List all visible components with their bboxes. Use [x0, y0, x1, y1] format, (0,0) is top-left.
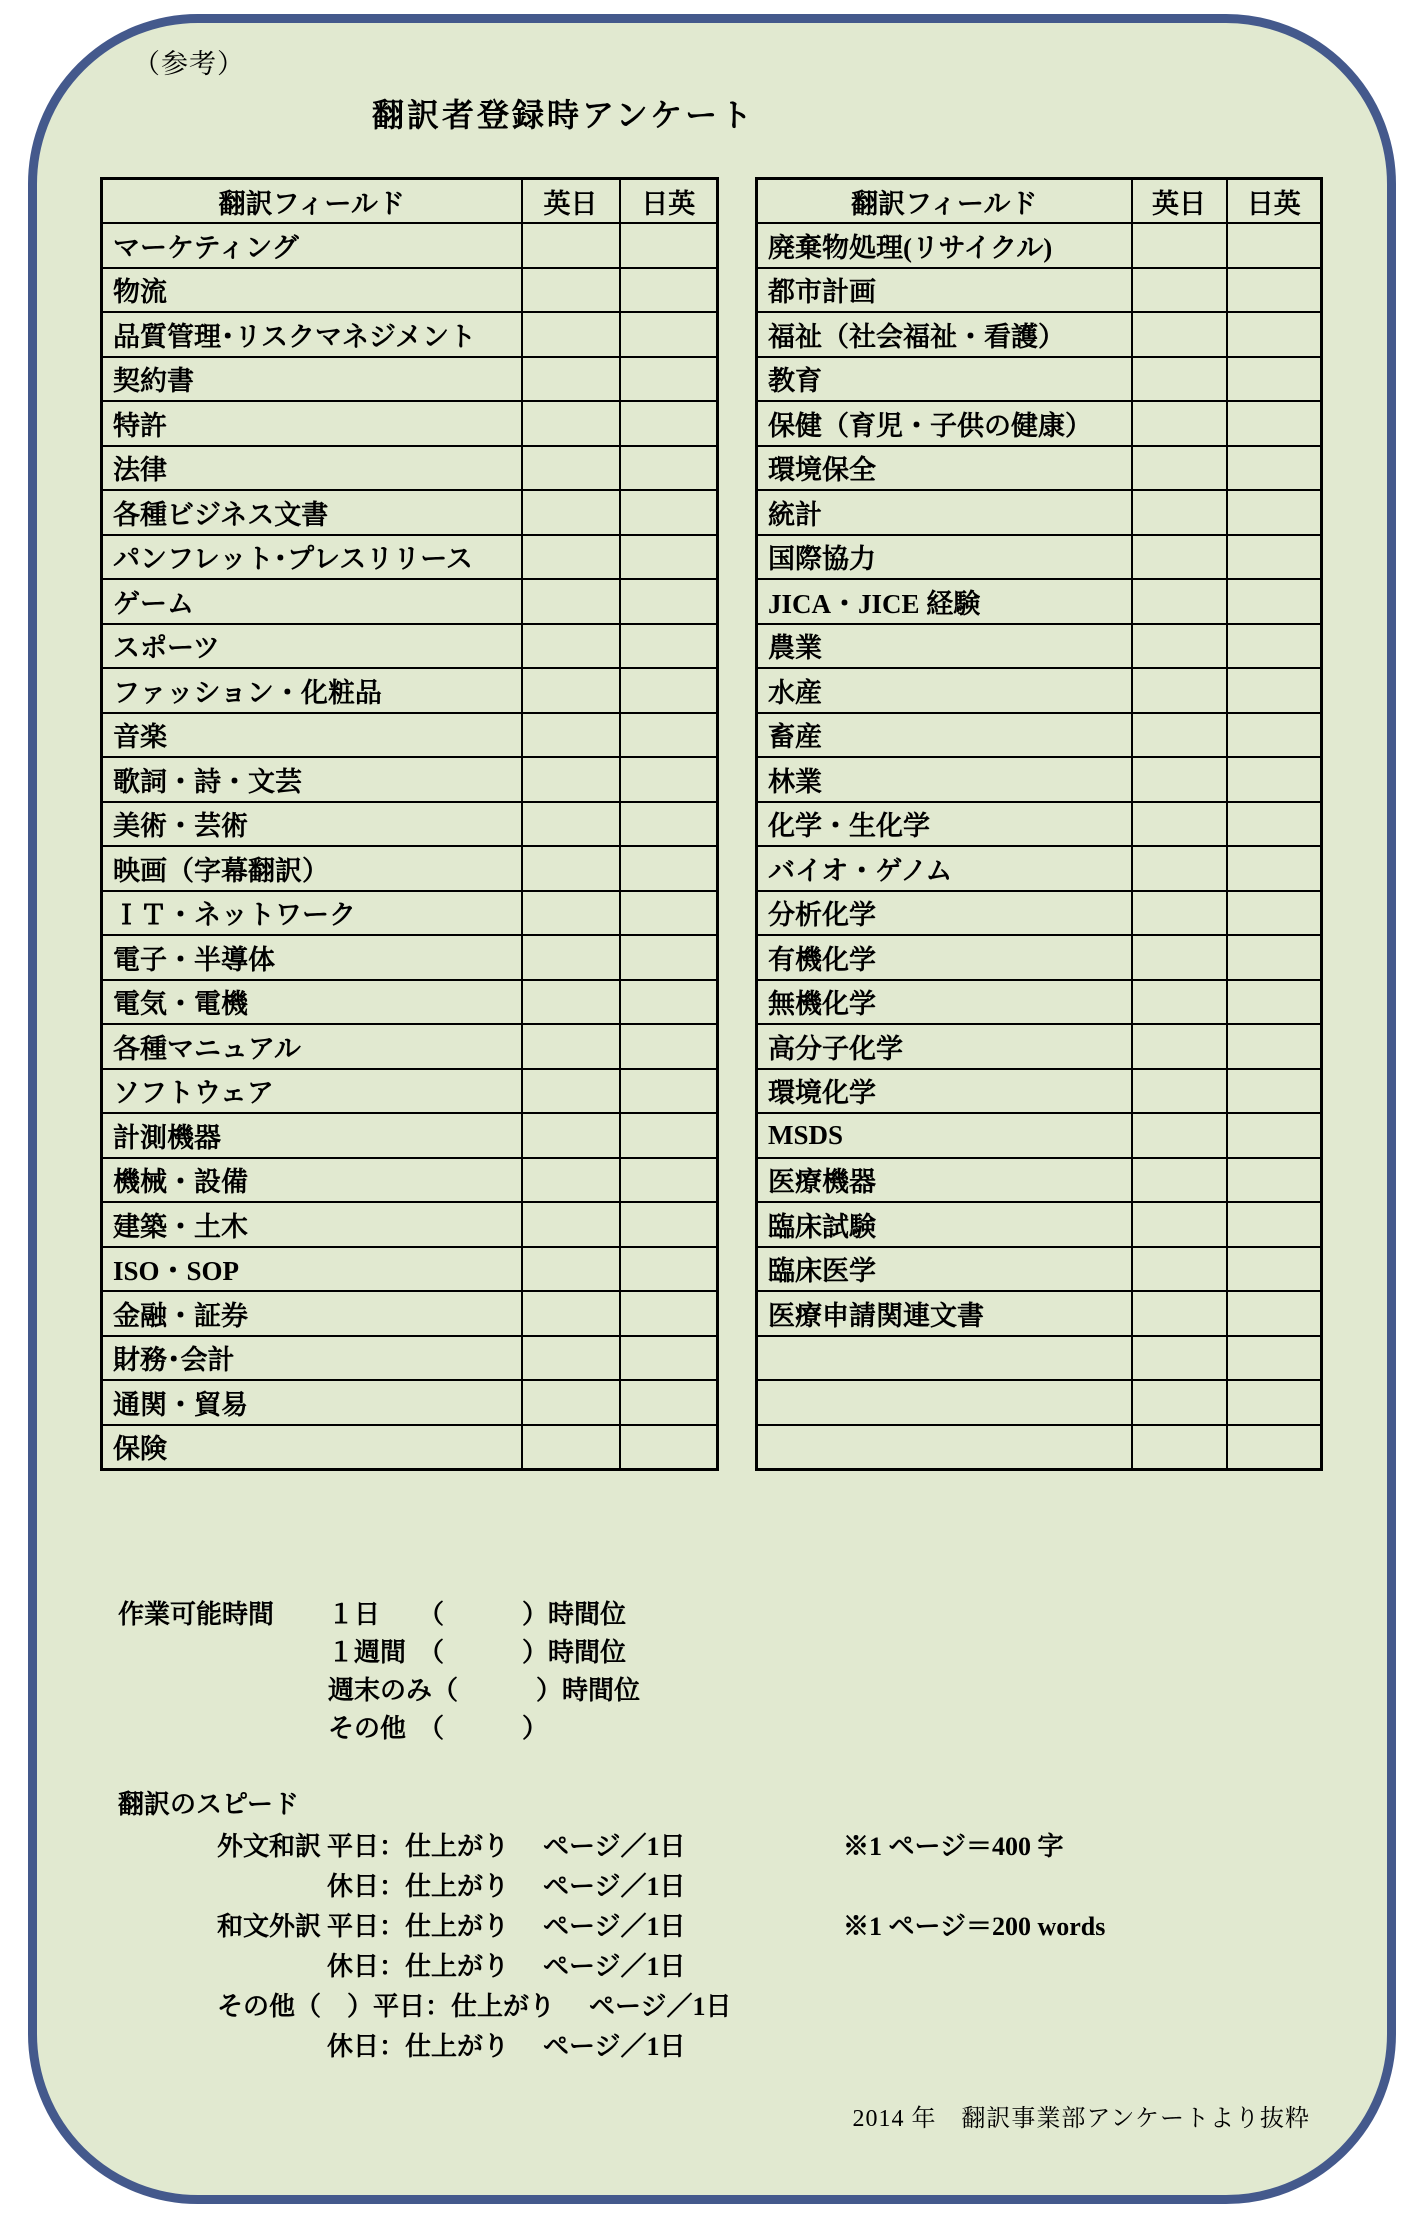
- translation-fields-table-right: 翻訳フィールド 英日 日英 廃棄物処理(リサイクル) 都市計画: [755, 177, 1323, 1471]
- table-row: ＩＴ・ネットワーク: [102, 891, 718, 936]
- ja-en-cell: [620, 713, 718, 758]
- availability-blank: （ ）時間位: [418, 1594, 626, 1632]
- reference-note: （参考）: [133, 42, 245, 81]
- en-ja-cell: [1132, 1069, 1227, 1114]
- en-ja-cell: [1132, 1336, 1227, 1381]
- table-row: 統計: [757, 490, 1322, 535]
- en-ja-cell: [1132, 668, 1227, 713]
- ja-en-cell: [620, 624, 718, 669]
- ja-en-cell: [1227, 312, 1322, 357]
- ja-en-cell: [620, 268, 718, 313]
- ja-en-cell: [620, 579, 718, 624]
- en-ja-cell: [522, 757, 620, 802]
- availability-period: １日: [328, 1594, 418, 1632]
- en-ja-cell: [522, 357, 620, 402]
- table-row: 金融・証券: [102, 1291, 718, 1336]
- table-row: 財務･会計: [102, 1336, 718, 1381]
- ja-en-cell: [1227, 1291, 1322, 1336]
- ja-en-cell: [620, 980, 718, 1025]
- availability-rows: １日 （ ）時間位 １週間 （ ）時間位 週末のみ （ ）時間位 その他 （ ）: [328, 1594, 640, 1746]
- page-title: 翻訳者登録時アンケート: [372, 90, 755, 136]
- ja-en-cell: [1227, 1158, 1322, 1203]
- en-ja-cell: [522, 980, 620, 1025]
- en-ja-cell: [522, 579, 620, 624]
- field-name-cell: 統計: [757, 490, 1132, 535]
- field-name-cell: 国際協力: [757, 535, 1132, 580]
- ja-en-cell: [620, 802, 718, 847]
- availability-heading: 作業可能時間: [118, 1594, 274, 1631]
- en-ja-cell: [522, 1113, 620, 1158]
- availability-period: その他: [328, 1708, 418, 1746]
- table-row: [757, 1336, 1322, 1381]
- en-ja-cell: [1132, 357, 1227, 402]
- en-ja-cell: [522, 490, 620, 535]
- speed-day-label: 平日：仕上がり: [327, 1906, 543, 1946]
- ja-en-cell: [1227, 1202, 1322, 1247]
- table-row: 歌詞・詩・文芸: [102, 757, 718, 802]
- table-header-row: 翻訳フィールド 英日 日英: [102, 179, 718, 224]
- ja-en-cell: [620, 935, 718, 980]
- table-row: 機械・設備: [102, 1158, 718, 1203]
- table-row: バイオ・ゲノム: [757, 846, 1322, 891]
- en-ja-cell: [522, 935, 620, 980]
- table-row: 国際協力: [757, 535, 1322, 580]
- table-row: 品質管理･リスクマネジメント: [102, 312, 718, 357]
- ja-en-cell: [620, 223, 718, 268]
- en-ja-cell: [522, 1291, 620, 1336]
- table-row: 各種マニュアル: [102, 1024, 718, 1069]
- availability-blank: （ ）時間位: [418, 1632, 626, 1670]
- speed-pages-label: ページ／1日: [543, 1866, 788, 1906]
- en-ja-cell: [1132, 713, 1227, 758]
- ja-en-cell: [1227, 668, 1322, 713]
- en-ja-cell: [1132, 268, 1227, 313]
- ja-en-cell: [620, 1247, 718, 1292]
- field-name-cell: 映画（字幕翻訳）: [102, 846, 522, 891]
- table-row: 教育: [757, 357, 1322, 402]
- en-ja-cell: [1132, 624, 1227, 669]
- speed-direction-label: [217, 1866, 327, 1906]
- column-header-field: 翻訳フィールド: [102, 179, 522, 224]
- table-row: 臨床医学: [757, 1247, 1322, 1292]
- availability-blank: （ ）: [418, 1708, 548, 1746]
- table-row: ソフトウェア: [102, 1069, 718, 1114]
- table-row: 農業: [757, 624, 1322, 669]
- speed-row: 休日：仕上がり ページ／1日: [217, 1946, 1105, 1986]
- ja-en-cell: [1227, 1024, 1322, 1069]
- en-ja-cell: [1132, 846, 1227, 891]
- speed-day-label: 休日：仕上がり: [327, 1946, 543, 1986]
- availability-period: 週末のみ: [328, 1670, 432, 1708]
- field-name-cell: 有機化学: [757, 935, 1132, 980]
- field-name-cell: 水産: [757, 668, 1132, 713]
- en-ja-cell: [522, 446, 620, 491]
- table-row: 臨床試験: [757, 1202, 1322, 1247]
- field-name-cell: 物流: [102, 268, 522, 313]
- field-name-cell: 畜産: [757, 713, 1132, 758]
- field-name-cell: 都市計画: [757, 268, 1132, 313]
- table-row: 音楽: [102, 713, 718, 758]
- en-ja-cell: [522, 802, 620, 847]
- table-row: 高分子化学: [757, 1024, 1322, 1069]
- field-name-cell: 無機化学: [757, 980, 1132, 1025]
- table-row: 計測機器: [102, 1113, 718, 1158]
- field-name-cell: ＩＴ・ネットワーク: [102, 891, 522, 936]
- field-name-cell: 臨床医学: [757, 1247, 1132, 1292]
- en-ja-cell: [522, 891, 620, 936]
- ja-en-cell: [1227, 357, 1322, 402]
- speed-row: 外文和訳 平日：仕上がり ページ／1日 ※1 ページ＝400 字: [217, 1826, 1105, 1866]
- field-name-cell: マーケティング: [102, 223, 522, 268]
- ja-en-cell: [620, 1069, 718, 1114]
- field-name-cell: 電子・半導体: [102, 935, 522, 980]
- ja-en-cell: [1227, 1425, 1322, 1470]
- ja-en-cell: [1227, 401, 1322, 446]
- speed-direction-label: [217, 1946, 327, 1986]
- table-row: マーケティング: [102, 223, 718, 268]
- field-name-cell: 保険: [102, 1425, 522, 1470]
- field-name-cell: 分析化学: [757, 891, 1132, 936]
- table-row: ゲーム: [102, 579, 718, 624]
- table-row: JICA・JICE 経験: [757, 579, 1322, 624]
- table-row: 無機化学: [757, 980, 1322, 1025]
- en-ja-cell: [522, 535, 620, 580]
- ja-en-cell: [1227, 1247, 1322, 1292]
- field-name-cell: 品質管理･リスクマネジメント: [102, 312, 522, 357]
- speed-day-label: 休日：仕上がり: [327, 2026, 543, 2066]
- speed-direction-label: 和文外訳: [217, 1906, 327, 1946]
- table-row: 通関・貿易: [102, 1380, 718, 1425]
- table-row: 電子・半導体: [102, 935, 718, 980]
- ja-en-cell: [1227, 535, 1322, 580]
- table-row: 法律: [102, 446, 718, 491]
- table-row: 保険: [102, 1425, 718, 1470]
- field-name-cell: 通関・貿易: [102, 1380, 522, 1425]
- en-ja-cell: [522, 1380, 620, 1425]
- availability-row: 週末のみ （ ）時間位: [328, 1670, 640, 1708]
- ja-en-cell: [620, 1336, 718, 1381]
- table-row: 有機化学: [757, 935, 1322, 980]
- speed-pages-label: ページ／1日: [543, 1906, 788, 1946]
- field-name-cell: 高分子化学: [757, 1024, 1132, 1069]
- ja-en-cell: [1227, 891, 1322, 936]
- field-name-cell: 臨床試験: [757, 1202, 1132, 1247]
- en-ja-cell: [522, 401, 620, 446]
- table-row: 映画（字幕翻訳）: [102, 846, 718, 891]
- field-name-cell: [757, 1425, 1132, 1470]
- field-name-cell: パンフレット･プレスリリース: [102, 535, 522, 580]
- field-name-cell: 福祉（社会福祉・看護）: [757, 312, 1132, 357]
- field-name-cell: 農業: [757, 624, 1132, 669]
- ja-en-cell: [620, 1202, 718, 1247]
- source-note: 2014 年 翻訳事業部アンケートより抜粋: [852, 2098, 1310, 2133]
- field-name-cell: ゲーム: [102, 579, 522, 624]
- en-ja-cell: [1132, 401, 1227, 446]
- ja-en-cell: [1227, 624, 1322, 669]
- speed-row: 休日：仕上がり ページ／1日: [217, 1866, 1105, 1906]
- en-ja-cell: [1132, 1425, 1227, 1470]
- ja-en-cell: [620, 1113, 718, 1158]
- field-name-cell: JICA・JICE 経験: [757, 579, 1132, 624]
- ja-en-cell: [1227, 446, 1322, 491]
- availability-row: １日 （ ）時間位: [328, 1594, 640, 1632]
- translation-fields-table-left: 翻訳フィールド 英日 日英 マーケティング 物流: [100, 177, 719, 1471]
- ja-en-cell: [620, 757, 718, 802]
- table-row: 契約書: [102, 357, 718, 402]
- ja-en-cell: [1227, 268, 1322, 313]
- speed-pages-label: ページ／1日: [589, 1986, 834, 2026]
- column-header-en-ja: 英日: [1132, 179, 1227, 224]
- table-row: ファッション・化粧品: [102, 668, 718, 713]
- field-name-cell: [757, 1380, 1132, 1425]
- table-row: 水産: [757, 668, 1322, 713]
- table-row: 都市計画: [757, 268, 1322, 313]
- speed-direction-label: [217, 2026, 327, 2066]
- availability-blank: （ ）時間位: [432, 1670, 640, 1708]
- en-ja-cell: [1132, 802, 1227, 847]
- speed-note: ※1 ページ＝200 words: [843, 1906, 1105, 1946]
- table-row: 医療機器: [757, 1158, 1322, 1203]
- speed-direction-label: その他（ ）: [217, 1986, 373, 2026]
- ja-en-cell: [620, 846, 718, 891]
- en-ja-cell: [522, 668, 620, 713]
- ja-en-cell: [1227, 846, 1322, 891]
- table-row: 環境保全: [757, 446, 1322, 491]
- en-ja-cell: [522, 624, 620, 669]
- field-name-cell: 音楽: [102, 713, 522, 758]
- en-ja-cell: [522, 268, 620, 313]
- table-row: MSDS: [757, 1113, 1322, 1158]
- ja-en-cell: [620, 1291, 718, 1336]
- speed-rows: 外文和訳 平日：仕上がり ページ／1日 ※1 ページ＝400 字 休日：仕上がり…: [217, 1826, 1105, 2066]
- ja-en-cell: [620, 1380, 718, 1425]
- table-row: 保健（育児・子供の健康）: [757, 401, 1322, 446]
- field-name-cell: 計測機器: [102, 1113, 522, 1158]
- ja-en-cell: [620, 891, 718, 936]
- field-name-cell: 廃棄物処理(リサイクル): [757, 223, 1132, 268]
- ja-en-cell: [1227, 223, 1322, 268]
- en-ja-cell: [1132, 980, 1227, 1025]
- ja-en-cell: [620, 1425, 718, 1470]
- en-ja-cell: [1132, 490, 1227, 535]
- ja-en-cell: [1227, 579, 1322, 624]
- field-name-cell: 教育: [757, 357, 1132, 402]
- speed-day-label: 平日：仕上がり: [327, 1826, 543, 1866]
- speed-row: 和文外訳 平日：仕上がり ページ／1日 ※1 ページ＝200 words: [217, 1906, 1105, 1946]
- en-ja-cell: [1132, 891, 1227, 936]
- en-ja-cell: [522, 1202, 620, 1247]
- speed-pages-label: ページ／1日: [543, 1826, 788, 1866]
- table-row: ISO・SOP: [102, 1247, 718, 1292]
- table-row: [757, 1380, 1322, 1425]
- field-name-cell: [757, 1336, 1132, 1381]
- field-name-cell: ISO・SOP: [102, 1247, 522, 1292]
- speed-direction-label: 外文和訳: [217, 1826, 327, 1866]
- table-row: 畜産: [757, 713, 1322, 758]
- field-name-cell: 各種ビジネス文書: [102, 490, 522, 535]
- field-name-cell: スポーツ: [102, 624, 522, 669]
- en-ja-cell: [1132, 579, 1227, 624]
- table-row: 電気・電機: [102, 980, 718, 1025]
- table-row: スポーツ: [102, 624, 718, 669]
- en-ja-cell: [1132, 223, 1227, 268]
- ja-en-cell: [1227, 757, 1322, 802]
- ja-en-cell: [620, 1158, 718, 1203]
- column-header-en-ja: 英日: [522, 179, 620, 224]
- field-name-cell: バイオ・ゲノム: [757, 846, 1132, 891]
- table-row: 医療申請関連文書: [757, 1291, 1322, 1336]
- field-name-cell: 環境化学: [757, 1069, 1132, 1114]
- table-row: 分析化学: [757, 891, 1322, 936]
- table-row: 廃棄物処理(リサイクル): [757, 223, 1322, 268]
- en-ja-cell: [522, 1024, 620, 1069]
- en-ja-cell: [522, 1247, 620, 1292]
- column-header-ja-en: 日英: [1227, 179, 1322, 224]
- ja-en-cell: [620, 490, 718, 535]
- en-ja-cell: [1132, 1158, 1227, 1203]
- en-ja-cell: [522, 1425, 620, 1470]
- en-ja-cell: [1132, 1247, 1227, 1292]
- field-name-cell: MSDS: [757, 1113, 1132, 1158]
- ja-en-cell: [620, 668, 718, 713]
- field-name-cell: 美術・芸術: [102, 802, 522, 847]
- field-name-cell: 財務･会計: [102, 1336, 522, 1381]
- en-ja-cell: [1132, 1291, 1227, 1336]
- ja-en-cell: [1227, 1336, 1322, 1381]
- ja-en-cell: [1227, 980, 1322, 1025]
- speed-note: ※1 ページ＝400 字: [843, 1826, 1063, 1866]
- en-ja-cell: [1132, 1113, 1227, 1158]
- field-name-cell: 保健（育児・子供の健康）: [757, 401, 1132, 446]
- en-ja-cell: [522, 846, 620, 891]
- field-name-cell: 歌詞・詩・文芸: [102, 757, 522, 802]
- en-ja-cell: [522, 312, 620, 357]
- speed-row: 休日：仕上がり ページ／1日: [217, 2026, 1105, 2066]
- en-ja-cell: [522, 1069, 620, 1114]
- ja-en-cell: [1227, 713, 1322, 758]
- table-row: 建築・土木: [102, 1202, 718, 1247]
- questionnaire-page: （参考） 翻訳者登録時アンケート 翻訳フィールド 英日 日英 マーケティング: [0, 0, 1424, 2213]
- field-name-cell: ソフトウェア: [102, 1069, 522, 1114]
- ja-en-cell: [620, 1024, 718, 1069]
- ja-en-cell: [1227, 1380, 1322, 1425]
- field-name-cell: 林業: [757, 757, 1132, 802]
- ja-en-cell: [620, 312, 718, 357]
- speed-day-label: 休日：仕上がり: [327, 1866, 543, 1906]
- availability-row: １週間 （ ）時間位: [328, 1632, 640, 1670]
- en-ja-cell: [1132, 935, 1227, 980]
- ja-en-cell: [620, 535, 718, 580]
- ja-en-cell: [620, 401, 718, 446]
- table-row: 化学・生化学: [757, 802, 1322, 847]
- en-ja-cell: [1132, 1380, 1227, 1425]
- column-header-ja-en: 日英: [620, 179, 718, 224]
- speed-pages-label: ページ／1日: [543, 2026, 788, 2066]
- en-ja-cell: [1132, 757, 1227, 802]
- table-row: 各種ビジネス文書: [102, 490, 718, 535]
- field-name-cell: 特許: [102, 401, 522, 446]
- speed-row: その他（ ） 平日：仕上がり ページ／1日: [217, 1986, 1105, 2026]
- availability-row: その他 （ ）: [328, 1708, 640, 1746]
- ja-en-cell: [1227, 1069, 1322, 1114]
- table-row: 環境化学: [757, 1069, 1322, 1114]
- field-name-cell: 法律: [102, 446, 522, 491]
- ja-en-cell: [1227, 1113, 1322, 1158]
- field-name-cell: 金融・証券: [102, 1291, 522, 1336]
- table-row: 美術・芸術: [102, 802, 718, 847]
- field-name-cell: 医療申請関連文書: [757, 1291, 1132, 1336]
- table-row: [757, 1425, 1322, 1470]
- field-name-cell: 化学・生化学: [757, 802, 1132, 847]
- table-row: 林業: [757, 757, 1322, 802]
- en-ja-cell: [1132, 535, 1227, 580]
- en-ja-cell: [1132, 446, 1227, 491]
- field-name-cell: 契約書: [102, 357, 522, 402]
- en-ja-cell: [1132, 1024, 1227, 1069]
- en-ja-cell: [522, 1158, 620, 1203]
- table-header-row: 翻訳フィールド 英日 日英: [757, 179, 1322, 224]
- field-name-cell: 各種マニュアル: [102, 1024, 522, 1069]
- speed-pages-label: ページ／1日: [543, 1946, 788, 1986]
- ja-en-cell: [620, 446, 718, 491]
- column-header-field: 翻訳フィールド: [757, 179, 1132, 224]
- en-ja-cell: [522, 223, 620, 268]
- ja-en-cell: [1227, 490, 1322, 535]
- ja-en-cell: [620, 357, 718, 402]
- speed-day-label: 平日：仕上がり: [373, 1986, 589, 2026]
- en-ja-cell: [522, 713, 620, 758]
- ja-en-cell: [1227, 802, 1322, 847]
- speed-heading: 翻訳のスピード: [118, 1784, 299, 1821]
- table-row: 物流: [102, 268, 718, 313]
- en-ja-cell: [522, 1336, 620, 1381]
- field-name-cell: 建築・土木: [102, 1202, 522, 1247]
- field-name-cell: 機械・設備: [102, 1158, 522, 1203]
- table-row: 特許: [102, 401, 718, 446]
- en-ja-cell: [1132, 312, 1227, 357]
- field-name-cell: 環境保全: [757, 446, 1132, 491]
- ja-en-cell: [1227, 935, 1322, 980]
- field-name-cell: 医療機器: [757, 1158, 1132, 1203]
- field-name-cell: ファッション・化粧品: [102, 668, 522, 713]
- table-row: 福祉（社会福祉・看護）: [757, 312, 1322, 357]
- field-name-cell: 電気・電機: [102, 980, 522, 1025]
- availability-period: １週間: [328, 1632, 418, 1670]
- table-row: パンフレット･プレスリリース: [102, 535, 718, 580]
- en-ja-cell: [1132, 1202, 1227, 1247]
